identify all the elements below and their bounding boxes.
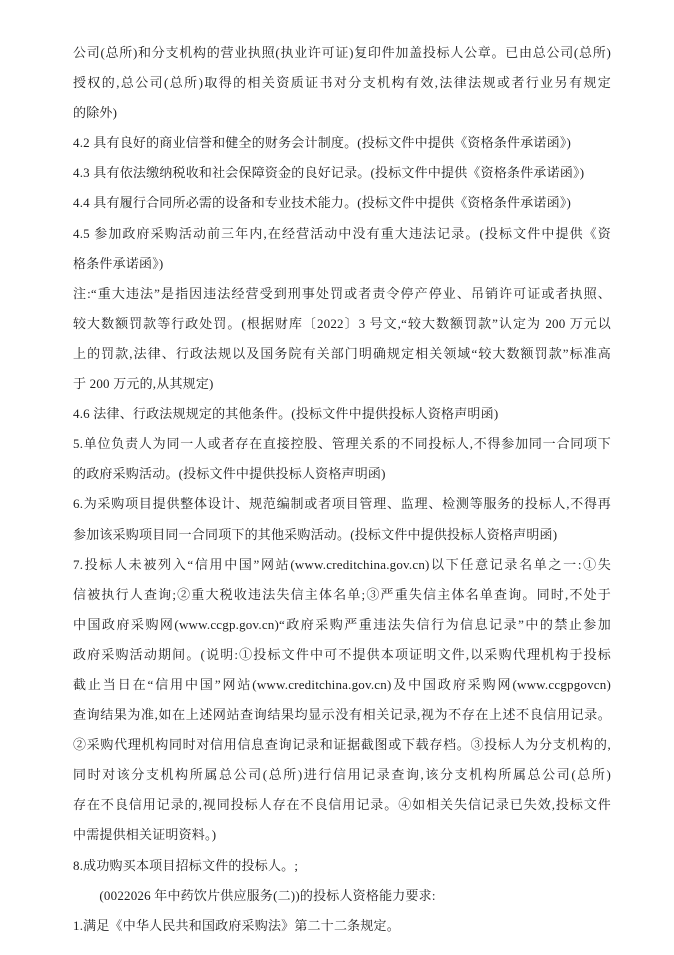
document-line: 注:“重大违法”是指因违法经营受到刑事处罚或者责令停产停业、吊销许可证或者执照、 <box>73 279 611 309</box>
document-line: 授权的,总公司(总所)取得的相关资质证书对分支机构有效,法律法规或者行业另有规定 <box>73 68 611 98</box>
document-page: 公司(总所)和分支机构的营业执照(执业许可证)复印件加盖投标人公章。已由总公司(… <box>0 0 674 955</box>
document-line: 中需提供相关证明资料。) <box>73 820 611 850</box>
document-line: 上的罚款,法律、行政法规以及国务院有关部门明确规定相关领域“较大数额罚款”标准高 <box>73 339 611 369</box>
document-text-block: 公司(总所)和分支机构的营业执照(执业许可证)复印件加盖投标人公章。已由总公司(… <box>73 38 611 941</box>
document-line: 4.6 法律、行政法规规定的其他条件。(投标文件中提供投标人资格声明函) <box>73 399 611 429</box>
document-line: 于 200 万元的,从其规定) <box>73 369 611 399</box>
document-line: 存在不良信用记录的,视同投标人存在不良信用记录。④如相关失信记录已失效,投标文件 <box>73 790 611 820</box>
document-line: 截止当日在“信用中国”网站(www.creditchina.gov.cn)及中国… <box>73 670 611 700</box>
document-line: 同时对该分支机构所属总公司(总所)进行信用记录查询,该分支机构所属总公司(总所) <box>73 760 611 790</box>
document-line: 4.3 具有依法缴纳税收和社会保障资金的良好记录。(投标文件中提供《资格条件承诺… <box>73 158 611 188</box>
document-line: 5.单位负责人为同一人或者存在直接控股、管理关系的不同投标人,不得参加同一合同项… <box>73 429 611 459</box>
document-line: 中国政府采购网(www.ccgp.gov.cn)“政府采购严重违法失信行为信息记… <box>73 610 611 640</box>
document-line: ②采购代理机构同时对信用信息查询记录和证据截图或下载存档。③投标人为分支机构的, <box>73 730 611 760</box>
document-line: 8.成功购买本项目招标文件的投标人。; <box>73 851 611 881</box>
document-line: 查询结果为准,如在上述网站查询结果均显示没有相关记录,视为不存在上述不良信用记录… <box>73 700 611 730</box>
document-line: 参加该采购项目同一合同项下的其他采购活动。(投标文件中提供投标人资格声明函) <box>73 520 611 550</box>
document-line: 信被执行人查询;②重大税收违法失信主体名单;③严重失信主体名单查询。同时,不处于 <box>73 580 611 610</box>
document-line: 的政府采购活动。(投标文件中提供投标人资格声明函) <box>73 459 611 489</box>
document-line: 格条件承诺函》) <box>73 249 611 279</box>
document-line: 4.5 参加政府采购活动前三年内,在经营活动中没有重大违法记录。(投标文件中提供… <box>73 219 611 249</box>
document-line: 1.满足《中华人民共和国政府采购法》第二十二条规定。 <box>73 911 611 941</box>
document-line: 4.4 具有履行合同所必需的设备和专业技术能力。(投标文件中提供《资格条件承诺函… <box>73 188 611 218</box>
document-line: 公司(总所)和分支机构的营业执照(执业许可证)复印件加盖投标人公章。已由总公司(… <box>73 38 611 68</box>
document-line: 的除外) <box>73 98 611 128</box>
document-line: 4.2 具有良好的商业信誉和健全的财务会计制度。(投标文件中提供《资格条件承诺函… <box>73 128 611 158</box>
document-line: 较大数额罚款等行政处罚。(根据财库〔2022〕3 号文,“较大数额罚款”认定为 … <box>73 309 611 339</box>
document-line: 6.为采购项目提供整体设计、规范编制或者项目管理、监理、检测等服务的投标人,不得… <box>73 489 611 519</box>
document-line: 7.投标人未被列入“信用中国”网站(www.creditchina.gov.cn… <box>73 550 611 580</box>
document-line: (0022026 年中药饮片供应服务(二))的投标人资格能力要求: <box>73 881 611 911</box>
document-line: 政府采购活动期间。(说明:①投标文件中可不提供本项证明文件,以采购代理机构于投标 <box>73 640 611 670</box>
